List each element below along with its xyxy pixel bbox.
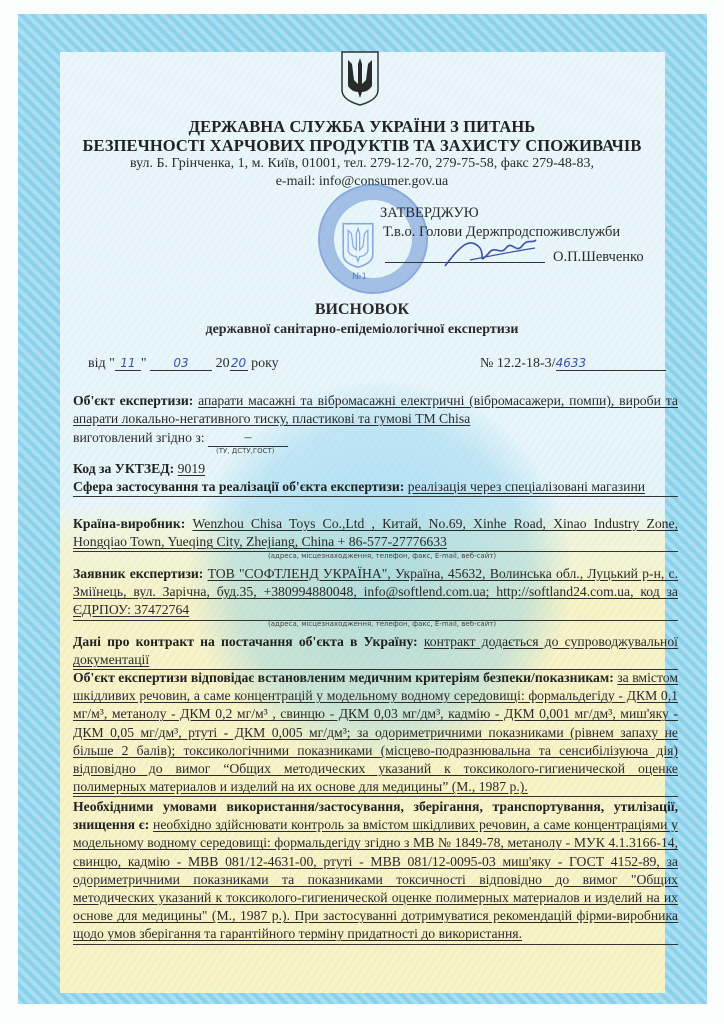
field-country: Країна-виробник: Wenzhou Chisa Toys Co.,… [73, 515, 678, 552]
field-scope-label: Сфера застосування та реалізації об'єкта… [73, 479, 404, 494]
field-applicant: Заявник експертизи: ТОВ "СОФТЛЕНД УКРАЇН… [73, 565, 678, 621]
stamp-number: №1 [352, 272, 367, 282]
field-compliance: Об'єкт експертизи відповідає встановлени… [73, 669, 678, 797]
date-day: 11 [115, 356, 141, 371]
field-manufactured-value: – [208, 428, 288, 447]
field-manufactured: виготовлений згідно з: – [73, 428, 678, 447]
document-date: від "11" 03 2020 року [88, 356, 279, 372]
field-uktzed-value: 9019 [178, 461, 205, 476]
handwritten-signature [440, 226, 540, 274]
org-name-line2: БЕЗПЕЧНОСТІ ХАРЧОВИХ ПРОДУКТІВ ТА ЗАХИСТ… [0, 136, 724, 156]
field-contract-label: Дані про контракт на постачання об'єкта … [73, 634, 418, 649]
date-quote: " [141, 356, 147, 371]
signer-name: О.П.Шевченко [553, 249, 644, 266]
field-country-label: Країна-виробник: [73, 516, 185, 531]
field-conditions: Необхідними умовами використання/застосу… [73, 798, 678, 945]
document-content: ДЕРЖАВНА СЛУЖБА УКРАЇНИ З ПИТАНЬ БЕЗПЕЧН… [0, 0, 724, 1024]
field-contract: Дані про контракт на постачання об'єкта … [73, 633, 678, 670]
date-year-suffix: 20 [230, 356, 248, 371]
date-year-prefix: 20 [216, 356, 230, 371]
field-uktzed: Код за УКТЗЕД: 9019 [73, 460, 678, 478]
field-scope: Сфера застосування та реалізації об'єкта… [73, 478, 678, 497]
number-handwritten: 4633 [556, 356, 666, 371]
document-number: № 12.2-18-3/4633 [480, 356, 666, 372]
field-applicant-caption: (адреса, місцезнаходження, телефон, факс… [268, 620, 496, 628]
date-month: 03 [150, 356, 212, 371]
stamp-trident-icon [340, 222, 376, 268]
document-subtitle: державної санітарно-епідеміологічної екс… [0, 322, 724, 338]
org-address: вул. Б. Грінченка, 1, м. Київ, 01001, те… [0, 156, 724, 172]
field-uktzed-label: Код за УКТЗЕД: [73, 461, 174, 476]
field-manufactured-label: виготовлений згідно з: [73, 430, 205, 445]
field-country-caption: (адреса, місцезнаходження, телефон, факс… [268, 552, 496, 560]
field-scope-value: реалізація через спеціалізовані магазини [408, 479, 645, 494]
trident-coat-of-arms-icon [340, 50, 380, 106]
approval-label: ЗАТВЕРДЖУЮ [380, 205, 479, 222]
number-prefix: № 12.2-18-3/ [480, 356, 556, 371]
field-object-label: Об'єкт експертизи: [73, 393, 193, 408]
date-prefix: від " [88, 356, 115, 371]
org-name-line1: ДЕРЖАВНА СЛУЖБА УКРАЇНИ З ПИТАНЬ [0, 117, 724, 137]
field-compliance-value: за вмістом шкідливих речовин, а саме кон… [73, 670, 678, 794]
document-title: ВИСНОВОК [0, 301, 724, 319]
field-manufactured-caption: (ТУ, ДСТУ,ГОСТ) [216, 447, 275, 455]
field-applicant-label: Заявник експертизи: [73, 566, 203, 581]
field-conditions-value: необхідно здійснювати контроль за вмісто… [73, 817, 678, 941]
date-suffix: року [251, 356, 279, 371]
field-compliance-label: Об'єкт експертизи відповідає встановлени… [73, 670, 614, 685]
field-object: Об'єкт експертизи: апарати масажні та ві… [73, 392, 678, 428]
